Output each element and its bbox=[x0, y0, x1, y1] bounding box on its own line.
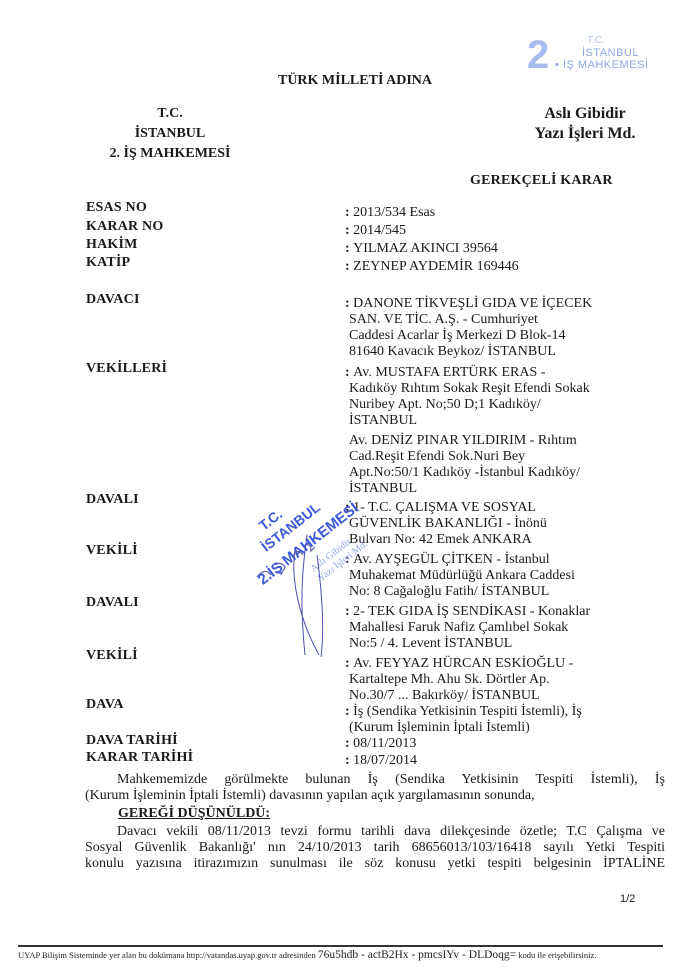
field-value-line: : 2014/545 bbox=[345, 223, 665, 239]
decision-heading: GEREĞİ DÜŞÜNÜLDÜ: bbox=[118, 806, 270, 822]
paragraph-line: Sosyal Güvenlik Bakanlığı' nın 24/10/201… bbox=[85, 840, 665, 856]
field-value-text: 08/11/2013 bbox=[353, 736, 416, 751]
field-value-line: No:5 / 4. Levent İSTANBUL bbox=[345, 636, 665, 652]
field-value-text: 2014/545 bbox=[353, 223, 406, 238]
field-value-line: : YILMAZ AKINCI 39564 bbox=[345, 241, 665, 257]
field-value-line: : 18/07/2014 bbox=[345, 753, 665, 769]
footer-note: UYAP Bilişim Sisteminde yer alan bu dokü… bbox=[18, 949, 596, 961]
field-value-line: Kartaltepe Mh. Ahu Sk. Dörtler Ap. bbox=[345, 672, 665, 688]
field-value-text: 2- TEK GIDA İŞ SENDİKASI - Konaklar bbox=[353, 604, 590, 619]
field-value: : 18/07/2014 bbox=[345, 753, 665, 769]
court-line: T.C. bbox=[95, 104, 245, 124]
field-value-line: SAN. VE TİC. A.Ş. - Cumhuriyet bbox=[345, 312, 665, 328]
field-value: : İş (Sendika Yetkisinin Tespiti İstemli… bbox=[345, 704, 665, 736]
field-value-line: : DANONE TİKVEŞLİ GIDA VE İÇECEK bbox=[345, 296, 665, 312]
field-value-line: : Av. AYŞEGÜL ÇİTKEN - İstanbul bbox=[345, 552, 665, 568]
field-value-line: Caddesi Acarlar İş Merkezi D Blok-14 bbox=[345, 328, 665, 344]
footer-prefix: UYAP Bilişim Sisteminde yer alan bu dokü… bbox=[18, 950, 316, 960]
field-label: ESAS NO bbox=[86, 200, 147, 216]
field-value-text: YILMAZ AKINCI 39564 bbox=[353, 241, 498, 256]
court-stamp-signature: T.C. İSTANBUL 2.İŞ MAHKEMESİ Aslı Gibidi… bbox=[195, 505, 355, 655]
field-value-line: İSTANBUL bbox=[345, 413, 665, 429]
field-value-line: : Av. FEYYAZ HÜRCAN ESKİOĞLU - bbox=[345, 656, 665, 672]
stamp-number: 2 bbox=[527, 33, 549, 77]
field-value-line: Muhakemat Müdürlüğü Ankara Caddesi bbox=[345, 568, 665, 584]
field-value-text: ZEYNEP AYDEMİR 169446 bbox=[353, 259, 518, 274]
field-value: : DANONE TİKVEŞLİ GIDA VE İÇECEKSAN. VE … bbox=[345, 296, 665, 360]
field-value-line: : 08/11/2013 bbox=[345, 736, 665, 752]
court-stamp-top: 2 T.C. İSTANBUL ▪ İŞ MAHKEMESİ bbox=[527, 33, 667, 83]
field-value-line: (Kurum İşleminin İptali İstemli) bbox=[345, 720, 665, 736]
field-label: VEKİLİ bbox=[86, 648, 138, 664]
colon-separator: : bbox=[345, 241, 353, 256]
field-value-line: : 1- T.C. ÇALIŞMA VE SOSYAL bbox=[345, 500, 665, 516]
field-value-text: 2013/534 Esas bbox=[353, 205, 435, 220]
field-label: KARAR TARİHİ bbox=[86, 750, 193, 766]
footer-suffix: kodu ile erişebilirsiniz. bbox=[518, 950, 596, 960]
field-value: : Av. MUSTAFA ERTÜRK ERAS -Kadıköy Rıhtı… bbox=[345, 365, 665, 497]
field-value: : 1- T.C. ÇALIŞMA VE SOSYALGÜVENLİK BAKA… bbox=[345, 500, 665, 548]
field-label: KATİP bbox=[86, 255, 130, 271]
colon-separator: : bbox=[345, 736, 353, 751]
field-label: VEKİLLERİ bbox=[86, 361, 167, 377]
paragraph-line: Davacı vekili 08/11/2013 tevzi formu tar… bbox=[85, 824, 665, 840]
footer-access-code: 76u5hdb - actB2Hx - pmcsIYv - DLDoqg= bbox=[318, 949, 516, 961]
footer-divider bbox=[18, 945, 663, 947]
field-value-line: No.30/7 ... Bakırköy/ İSTANBUL bbox=[345, 688, 665, 704]
colon-separator: : bbox=[345, 259, 353, 274]
main-paragraph: Davacı vekili 08/11/2013 tevzi formu tar… bbox=[85, 824, 665, 872]
field-value-line: : Av. MUSTAFA ERTÜRK ERAS - bbox=[345, 365, 665, 381]
field-value-line: : 2013/534 Esas bbox=[345, 205, 665, 221]
field-value-text: Av. MUSTAFA ERTÜRK ERAS - bbox=[353, 365, 545, 380]
colon-separator: : bbox=[345, 223, 353, 238]
colon-separator: : bbox=[345, 205, 353, 220]
field-label: KARAR NO bbox=[86, 219, 163, 235]
intro-paragraph: Mahkememizde görülmekte bulunan İş (Send… bbox=[85, 772, 665, 804]
document-type: GEREKÇELİ KARAR bbox=[470, 173, 613, 189]
stamp-line: T.C. bbox=[587, 35, 605, 46]
colon-separator: : bbox=[345, 753, 353, 768]
field-value-line: No: 8 Cağaloğlu Fatih/ İSTANBUL bbox=[345, 584, 665, 600]
stamp-line: İSTANBUL bbox=[582, 47, 639, 59]
field-value-line: Nuribey Apt. No;50 D;1 Kadıköy/ bbox=[345, 397, 665, 413]
field-label: HAKİM bbox=[86, 237, 138, 253]
field-value: : 08/11/2013 bbox=[345, 736, 665, 752]
field-value-line: İSTANBUL bbox=[345, 481, 665, 497]
field-value: : 2- TEK GIDA İŞ SENDİKASI - KonaklarMah… bbox=[345, 604, 665, 652]
field-value-line: Apt.No:50/1 Kadıköy -İstanbul Kadıköy/ bbox=[345, 465, 665, 481]
paragraph-line: (Kurum İşleminin İptali İstemli) davasın… bbox=[85, 788, 665, 804]
colon-separator: : bbox=[345, 365, 353, 380]
field-value-line: Kadıköy Rıhtım Sokak Reşit Efendi Sokak bbox=[345, 381, 665, 397]
field-value-line: : ZEYNEP AYDEMİR 169446 bbox=[345, 259, 665, 275]
field-value-line: Mahallesi Faruk Nafiz Çamlıbel Sokak bbox=[345, 620, 665, 636]
colon-separator: : bbox=[345, 704, 353, 719]
certification-line: Yazı İşleri Md. bbox=[510, 124, 660, 144]
field-value-line: Av. DENİZ PINAR YILDIRIM - Rıhtım bbox=[345, 433, 665, 449]
field-value: : 2013/534 Esas bbox=[345, 205, 665, 221]
paragraph-line: Mahkememizde görülmekte bulunan İş (Send… bbox=[85, 772, 665, 788]
field-value-text: İş (Sendika Yetkisinin Tespiti İstemli),… bbox=[353, 704, 582, 719]
colon-separator: : bbox=[345, 296, 353, 311]
signature-icon bbox=[195, 505, 355, 665]
stamp-line-text: İŞ MAHKEMESİ bbox=[563, 59, 648, 71]
field-value-line: : İş (Sendika Yetkisinin Tespiti İstemli… bbox=[345, 704, 665, 720]
certification-block: Aslı Gibidir Yazı İşleri Md. bbox=[510, 104, 660, 144]
field-value-line: 81640 Kavacık Beykoz/ İSTANBUL bbox=[345, 344, 665, 360]
field-label: DAVA bbox=[86, 697, 124, 713]
field-label: VEKİLİ bbox=[86, 543, 138, 559]
field-value: : Av. FEYYAZ HÜRCAN ESKİOĞLU -Kartaltepe… bbox=[345, 656, 665, 704]
field-value: : ZEYNEP AYDEMİR 169446 bbox=[345, 259, 665, 275]
field-label: DAVA TARİHİ bbox=[86, 733, 178, 749]
field-value: : Av. AYŞEGÜL ÇİTKEN - İstanbulMuhakemat… bbox=[345, 552, 665, 600]
page-number: 1/2 bbox=[620, 893, 635, 905]
field-value: : 2014/545 bbox=[345, 223, 665, 239]
certification-line: Aslı Gibidir bbox=[510, 104, 660, 124]
field-value-text: Av. AYŞEGÜL ÇİTKEN - İstanbul bbox=[353, 552, 550, 567]
court-line: İSTANBUL bbox=[95, 124, 245, 144]
field-label: DAVALI bbox=[86, 492, 139, 508]
field-label: DAVALI bbox=[86, 595, 139, 611]
field-value-text: Av. FEYYAZ HÜRCAN ESKİOĞLU - bbox=[353, 656, 573, 671]
court-name-block: T.C. İSTANBUL 2. İŞ MAHKEMESİ bbox=[95, 104, 245, 164]
paragraph-line: konulu yazısına itirazımızın sunulması i… bbox=[85, 856, 665, 872]
field-label: DAVACI bbox=[86, 292, 140, 308]
field-value-line: GÜVENLİK BAKANLIĞI - İnönü bbox=[345, 516, 665, 532]
field-value-line: : 2- TEK GIDA İŞ SENDİKASI - Konaklar bbox=[345, 604, 665, 620]
field-value-line: Bulvarı No: 42 Emek ANKARA bbox=[345, 532, 665, 548]
field-value: : YILMAZ AKINCI 39564 bbox=[345, 241, 665, 257]
court-line: 2. İŞ MAHKEMESİ bbox=[95, 144, 245, 164]
stamp-line: ▪ İŞ MAHKEMESİ bbox=[555, 59, 648, 71]
field-value-text: 1- T.C. ÇALIŞMA VE SOSYAL bbox=[353, 500, 536, 515]
field-value-line: Cad.Reşit Efendi Sok.Nuri Bey bbox=[345, 449, 665, 465]
field-value-text: 18/07/2014 bbox=[353, 753, 417, 768]
field-value-text: DANONE TİKVEŞLİ GIDA VE İÇECEK bbox=[353, 296, 592, 311]
